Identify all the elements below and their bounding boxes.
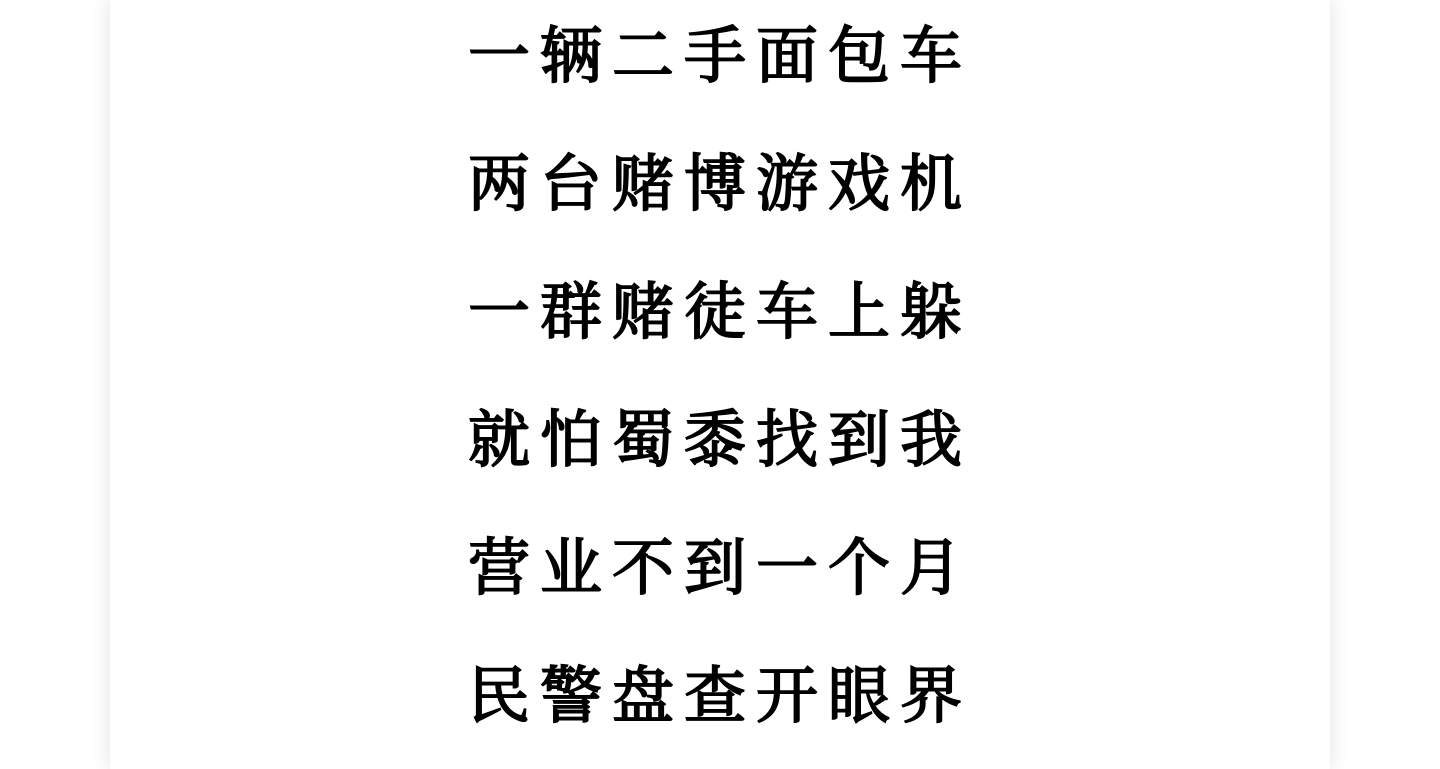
poem-line: 就怕蜀黍找到我 bbox=[110, 377, 1330, 505]
article-content-column: 一辆二手面包车 两台赌博游戏机 一群赌徒车上躲 就怕蜀黍找到我 营业不到一个月 … bbox=[110, 0, 1330, 769]
poem-line: 两台赌博游戏机 bbox=[110, 121, 1330, 249]
poem-line: 一群赌徒车上躲 bbox=[110, 249, 1330, 377]
poem-line: 一辆二手面包车 bbox=[110, 0, 1330, 121]
browser-viewport: 一辆二手面包车 两台赌博游戏机 一群赌徒车上躲 就怕蜀黍找到我 营业不到一个月 … bbox=[0, 0, 1440, 769]
poem-line: 民警盘查开眼界 bbox=[110, 633, 1330, 761]
poem-block: 一辆二手面包车 两台赌博游戏机 一群赌徒车上躲 就怕蜀黍找到我 营业不到一个月 … bbox=[110, 0, 1330, 761]
poem-line: 营业不到一个月 bbox=[110, 505, 1330, 633]
